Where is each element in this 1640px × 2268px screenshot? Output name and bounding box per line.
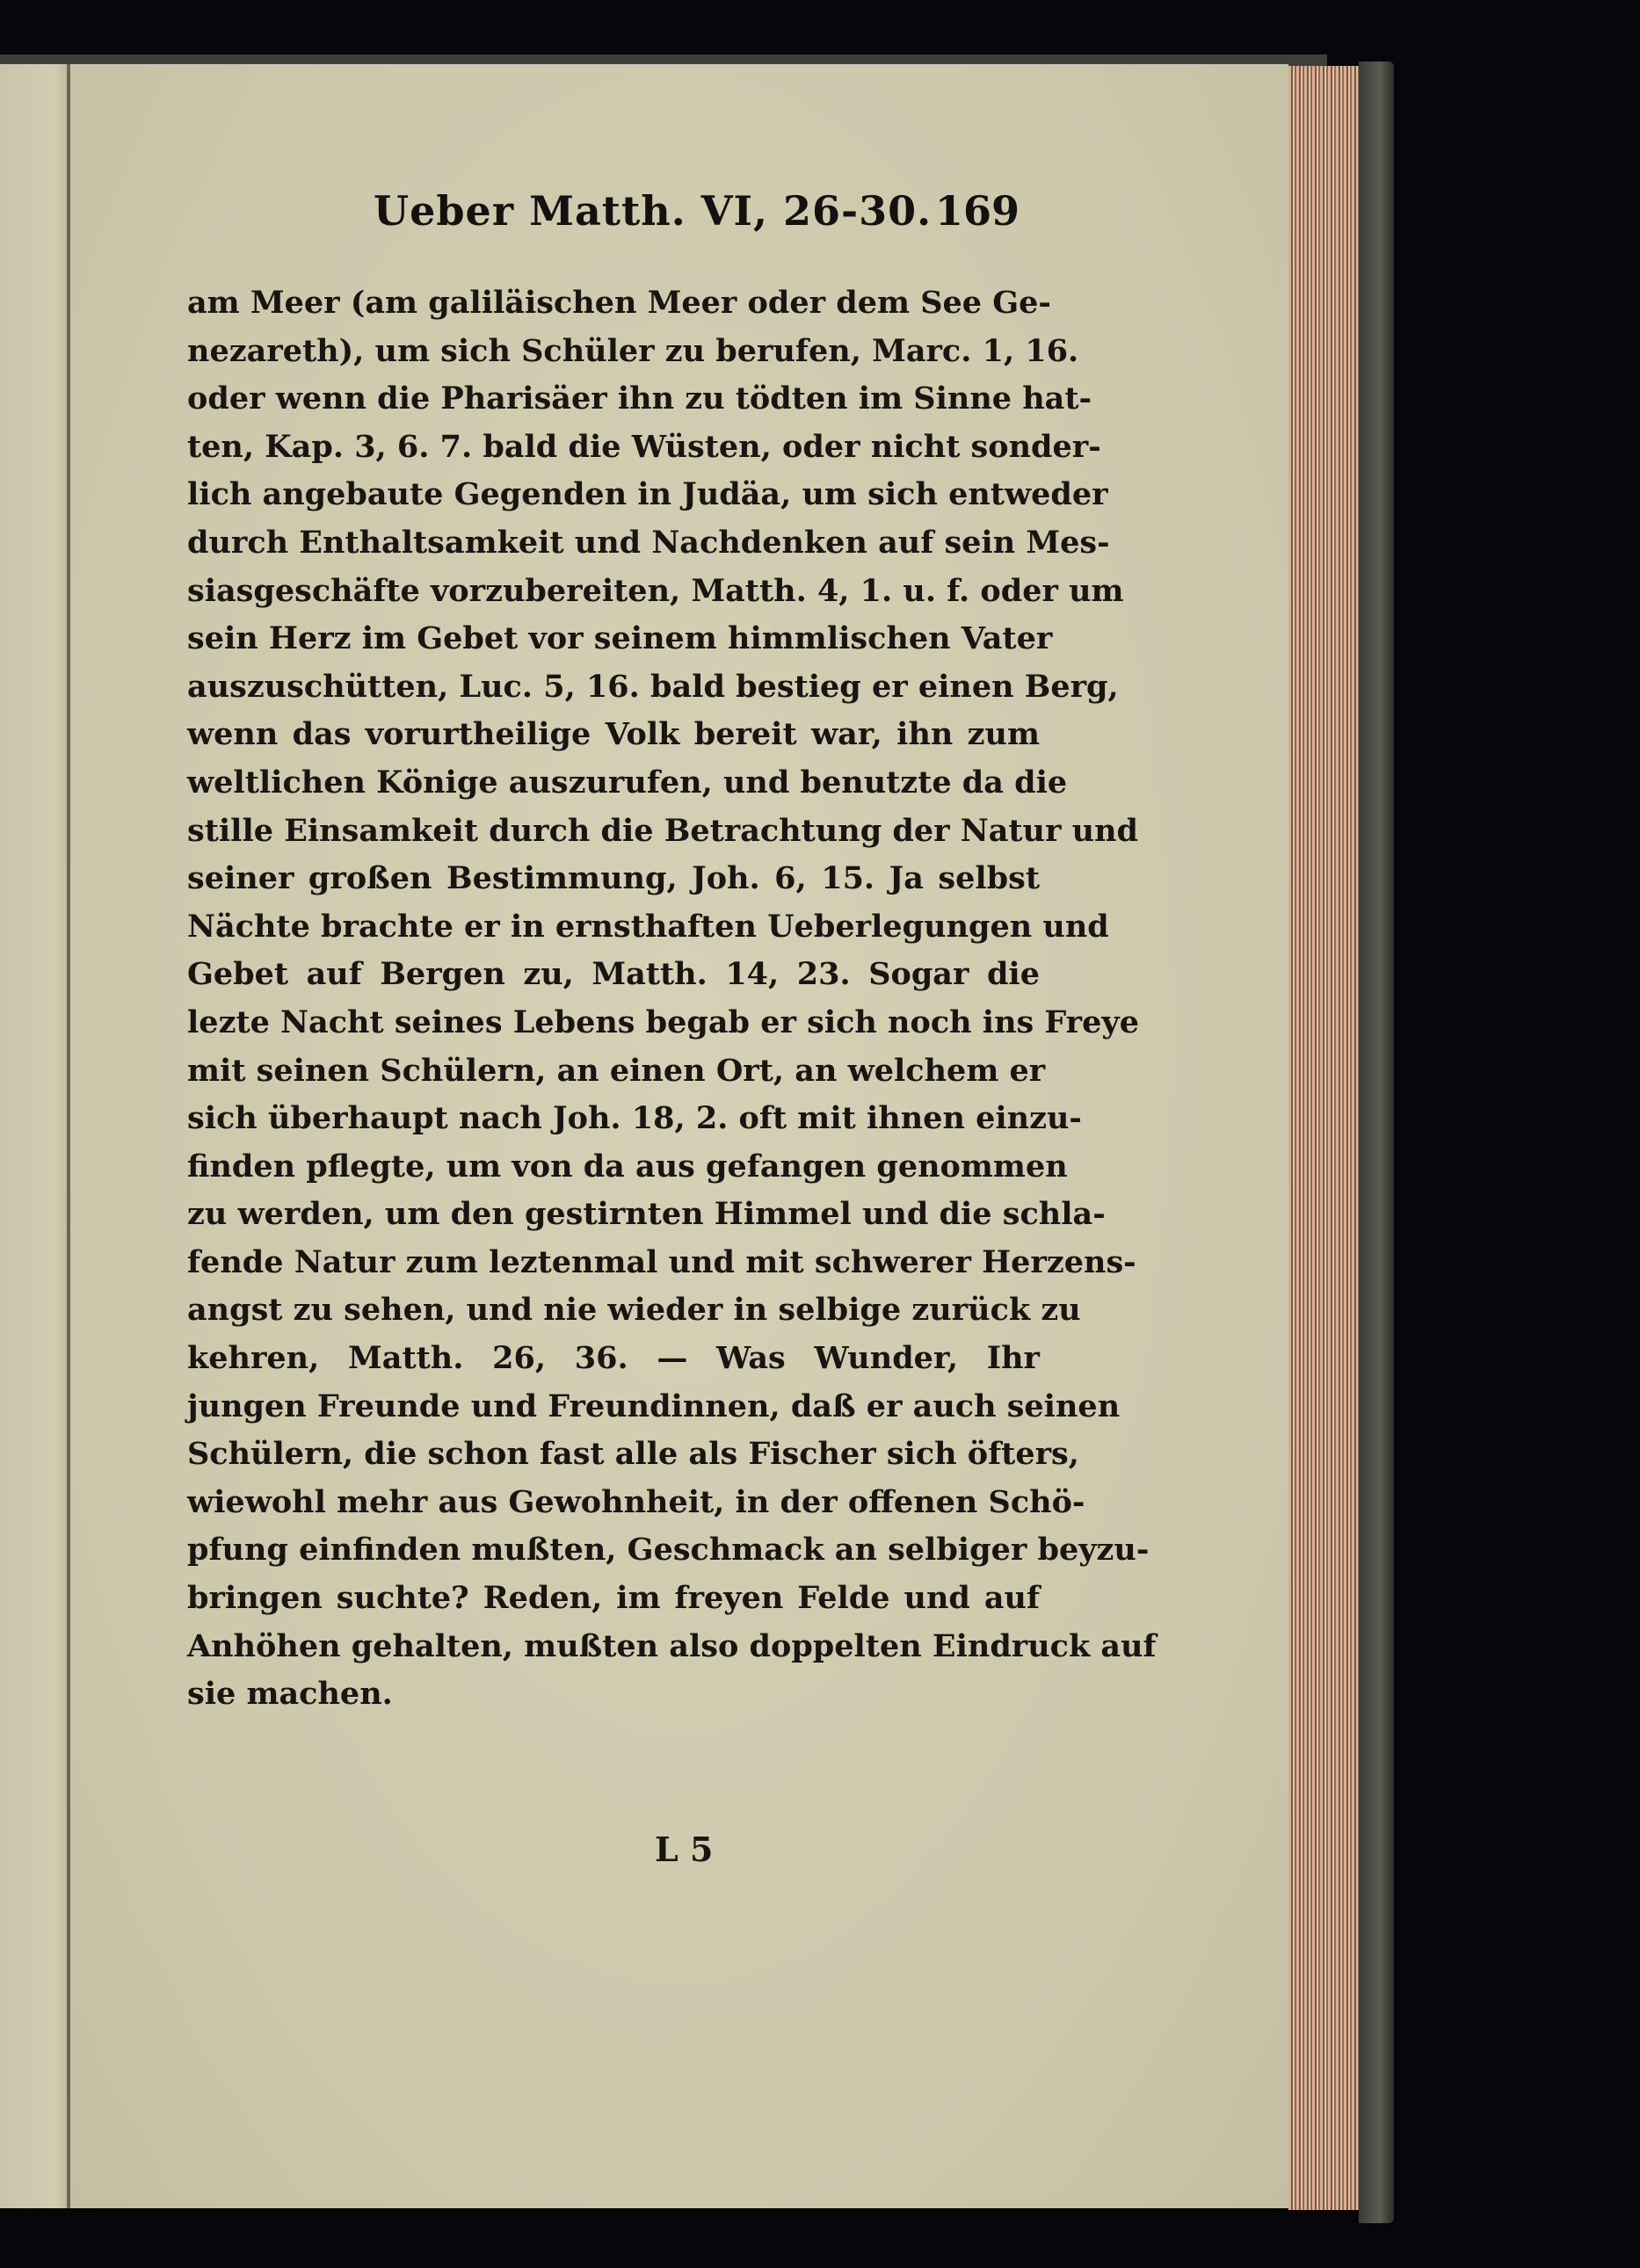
text-line: sein Herz im Gebet vor seinem himmlische…	[187, 615, 1040, 663]
text-line: siasgeschäfte vorzubereiten, Matth. 4, 1…	[187, 568, 1040, 616]
text-line: nezareth), um sich Schüler zu berufen, M…	[187, 328, 1040, 376]
body-text: am Meer (am galiläischen Meer oder dem S…	[187, 279, 1040, 1719]
text-line: lezte Nacht seines Lebens begab er sich …	[187, 999, 1040, 1047]
text-line: oder wenn die Pharisäer ihn zu tödten im…	[187, 375, 1040, 424]
text-line: zu werden, um den gestirnten Himmel und …	[187, 1191, 1040, 1239]
text-line: Schülern, die schon fast alle als Fische…	[187, 1431, 1040, 1479]
text-line: kehren, Matth. 26, 36. — Was Wunder, Ihr	[187, 1335, 1040, 1383]
page-stack-edges	[1288, 66, 1359, 2210]
text-line: wenn das vorurtheilige Volk bereit war, …	[187, 711, 1040, 759]
text-line: seiner großen Bestimmung, Joh. 6, 15. Ja…	[187, 855, 1040, 903]
text-line: Anhöhen gehalten, mußten also doppelten …	[187, 1623, 1040, 1671]
text-line: stille Einsamkeit durch die Betrachtung …	[187, 808, 1040, 856]
gutter-fold	[67, 64, 70, 2208]
facing-page-edge	[0, 64, 69, 2208]
text-line: finden pflegte, um von da aus gefangen g…	[187, 1143, 1040, 1192]
text-line: angst zu sehen, und nie wieder in selbig…	[187, 1286, 1040, 1335]
text-line: weltlichen Könige auszurufen, und benutz…	[187, 759, 1040, 808]
page-header: Ueber Matth. VI, 26-30. 169	[374, 187, 1020, 249]
text-line: ten, Kap. 3, 6. 7. bald die Wüsten, oder…	[187, 424, 1040, 472]
signature-mark: L 5	[655, 1830, 713, 1869]
text-line: durch Enthaltsamkeit und Nachdenken auf …	[187, 519, 1040, 568]
text-line: bringen suchte? Reden, im freyen Felde u…	[187, 1575, 1040, 1623]
text-line: am Meer (am galiläischen Meer oder dem S…	[187, 279, 1040, 328]
text-line: sich überhaupt nach Joh. 18, 2. oft mit …	[187, 1095, 1040, 1143]
text-line: jungen Freunde und Freundinnen, daß er a…	[187, 1383, 1040, 1431]
text-line: wiewohl mehr aus Gewohnheit, in der offe…	[187, 1479, 1040, 1527]
text-line: lich angebaute Gegenden in Judäa, um sic…	[187, 471, 1040, 519]
text-line: Nächte brachte er in ernsthaften Ueberle…	[187, 903, 1040, 952]
running-title: Ueber Matth. VI, 26-30.	[374, 187, 932, 235]
text-line: auszuschütten, Luc. 5, 16. bald bestieg …	[187, 663, 1040, 712]
text-line: fende Natur zum leztenmal und mit schwer…	[187, 1239, 1040, 1287]
text-line: pfung einfinden mußten, Geschmack an sel…	[187, 1526, 1040, 1575]
text-line: mit seinen Schülern, an einen Ort, an we…	[187, 1047, 1040, 1096]
text-line: sie machen.	[187, 1670, 1040, 1719]
text-line: Gebet auf Bergen zu, Matth. 14, 23. Soga…	[187, 951, 1040, 999]
page-number: 169	[935, 187, 1020, 235]
book-cover-right-edge	[1359, 62, 1394, 2223]
